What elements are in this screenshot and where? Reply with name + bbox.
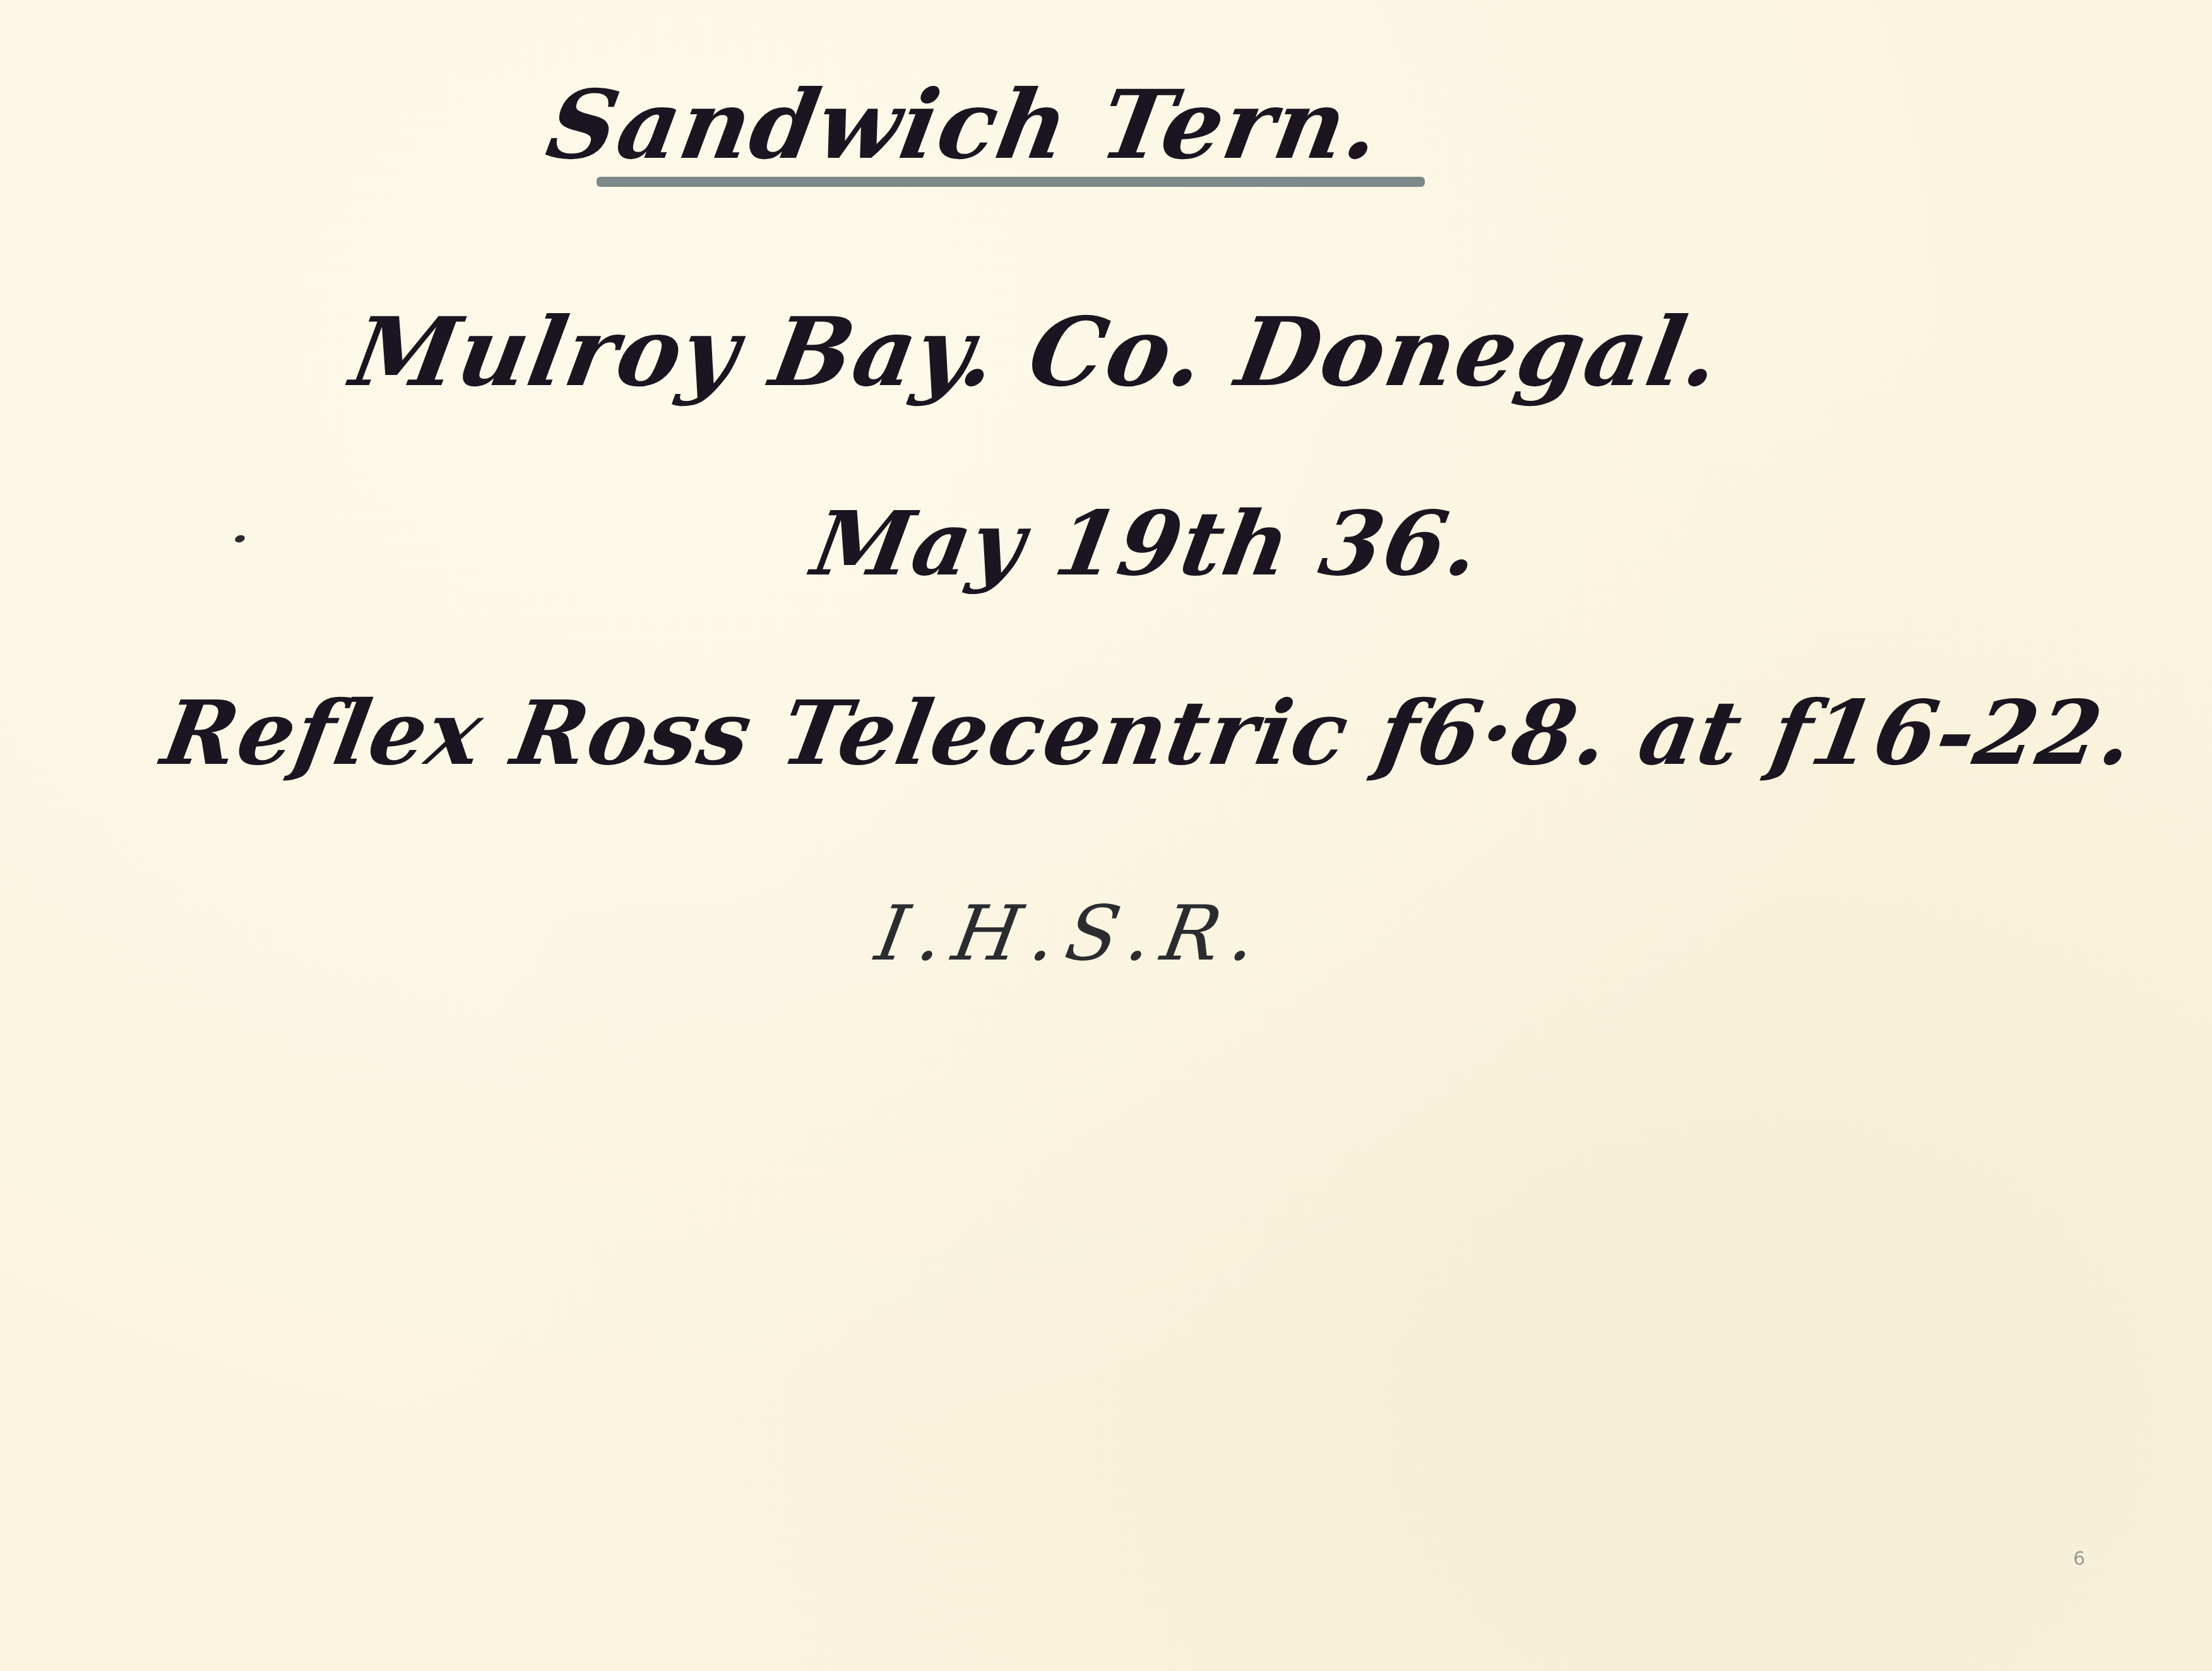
corner-pencil-number: 6 bbox=[2073, 1548, 2085, 1570]
location-line: Mulroy Bay. Co. Donegal. bbox=[343, 297, 1729, 408]
title-underline bbox=[597, 177, 1425, 187]
species-title: Sandwich Tern. bbox=[539, 69, 1389, 181]
camera-settings-line: Reflex Ross Telecentric f6·8. at f16-22. bbox=[155, 682, 2143, 785]
date-line: May 19th 36. bbox=[806, 492, 1489, 596]
photographer-initials: I.H.S.R. bbox=[870, 890, 1275, 978]
paper-card bbox=[0, 0, 2212, 1671]
